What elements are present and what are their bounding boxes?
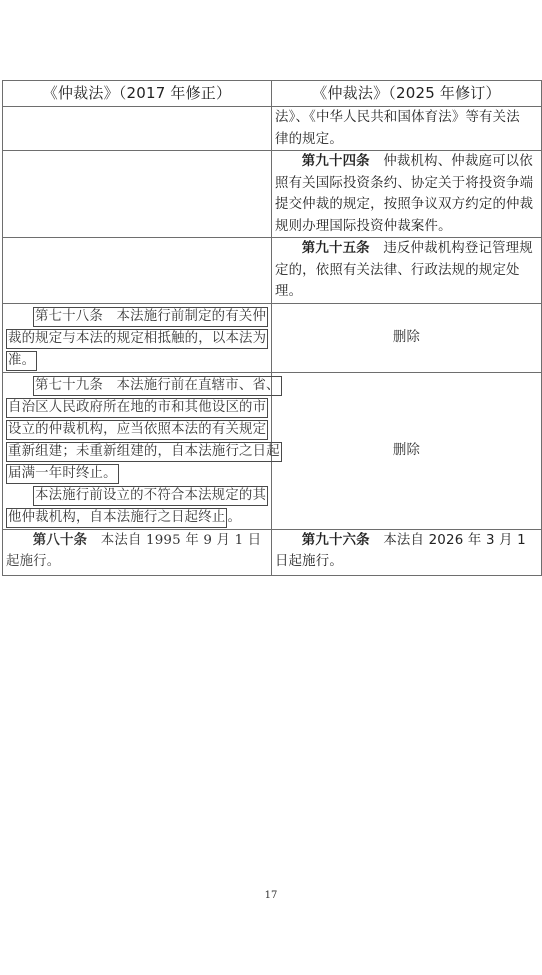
- cell-2025-article-94: 第九十四条 仲裁机构、仲裁庭可以依照有关国际投资条约、协定关于将投资争端提交仲裁…: [272, 151, 542, 238]
- highlighted-text-line: 他仲裁机构，自本法施行之日起终止: [6, 508, 227, 528]
- highlighted-text-line: 届满一年时终止。: [6, 464, 119, 484]
- highlighted-text-line: 准。: [6, 351, 37, 371]
- article-number: 第九十六条: [302, 533, 370, 548]
- table-row: 第七十八条 本法施行前制定的有关仲 裁的规定与本法的规定相抵触的，以本法为 准。…: [3, 303, 542, 372]
- article-number: 第九十四条: [302, 154, 370, 169]
- highlighted-text-line: 本法施行前设立的不符合本法规定的其: [33, 486, 268, 506]
- highlighted-text-line: 自治区人民政府所在地的市和其他设区的市: [6, 398, 268, 418]
- article-number: 第九十五条: [302, 241, 370, 256]
- cell-2025-article-95: 第九十五条 违反仲裁机构登记管理规定的，依照有关法律、行政法规的规定处理。: [272, 238, 542, 304]
- cell-2017-article-80: 第八十条 本法自 1995 年 9 月 1 日起施行。: [3, 529, 272, 575]
- highlighted-text-line: 第七十八条 本法施行前制定的有关仲: [33, 307, 268, 327]
- cell-2025-deleted: 删除: [272, 303, 542, 372]
- law-comparison-table: 《仲裁法》（2017 年修正） 《仲裁法》（2025 年修订） 法》、《中华人民…: [2, 80, 542, 576]
- document-page: 《仲裁法》（2017 年修正） 《仲裁法》（2025 年修订） 法》、《中华人民…: [0, 0, 542, 975]
- cell-2017-article-78: 第七十八条 本法施行前制定的有关仲 裁的规定与本法的规定相抵触的，以本法为 准。: [3, 303, 272, 372]
- text-line: 律的规定。: [275, 129, 538, 151]
- table-row: 第九十四条 仲裁机构、仲裁庭可以依照有关国际投资条约、协定关于将投资争端提交仲裁…: [3, 151, 542, 238]
- cell-2025-continuation: 法》、《中华人民共和国体育法》等有关法 律的规定。: [272, 107, 542, 151]
- article-number: 第八十条: [33, 533, 87, 548]
- cell-2025-article-96: 第九十六条 本法自 2026 年 3 月 1 日起施行。: [272, 529, 542, 575]
- trailing-punctuation: 。: [227, 510, 241, 525]
- table-row: 第九十五条 违反仲裁机构登记管理规定的，依照有关法律、行政法规的规定处理。: [3, 238, 542, 304]
- header-2017-version: 《仲裁法》（2017 年修正）: [3, 81, 272, 107]
- highlighted-text-line: 重新组建；未重新组建的，自本法施行之日起: [6, 442, 282, 462]
- table-row: 第八十条 本法自 1995 年 9 月 1 日起施行。 第九十六条 本法自 20…: [3, 529, 542, 575]
- cell-2017-empty: [3, 107, 272, 151]
- table-row: 第七十九条 本法施行前在直辖市、省、 自治区人民政府所在地的市和其他设区的市 设…: [3, 372, 542, 529]
- cell-2025-deleted: 删除: [272, 372, 542, 529]
- text-line: 法》、《中华人民共和国体育法》等有关法: [275, 107, 538, 129]
- table-header-row: 《仲裁法》（2017 年修正） 《仲裁法》（2025 年修订）: [3, 81, 542, 107]
- cell-2017-empty: [3, 238, 272, 304]
- table-row: 法》、《中华人民共和国体育法》等有关法 律的规定。: [3, 107, 542, 151]
- header-2025-version: 《仲裁法》（2025 年修订）: [272, 81, 542, 107]
- highlighted-text-line: 设立的仲裁机构，应当依照本法的有关规定: [6, 420, 268, 440]
- page-number: 17: [0, 890, 542, 901]
- highlighted-text-line: 裁的规定与本法的规定相抵触的，以本法为: [6, 329, 268, 349]
- cell-2017-article-79: 第七十九条 本法施行前在直辖市、省、 自治区人民政府所在地的市和其他设区的市 设…: [3, 372, 272, 529]
- cell-2017-empty: [3, 151, 272, 238]
- highlighted-text-line: 第七十九条 本法施行前在直辖市、省、: [33, 376, 282, 396]
